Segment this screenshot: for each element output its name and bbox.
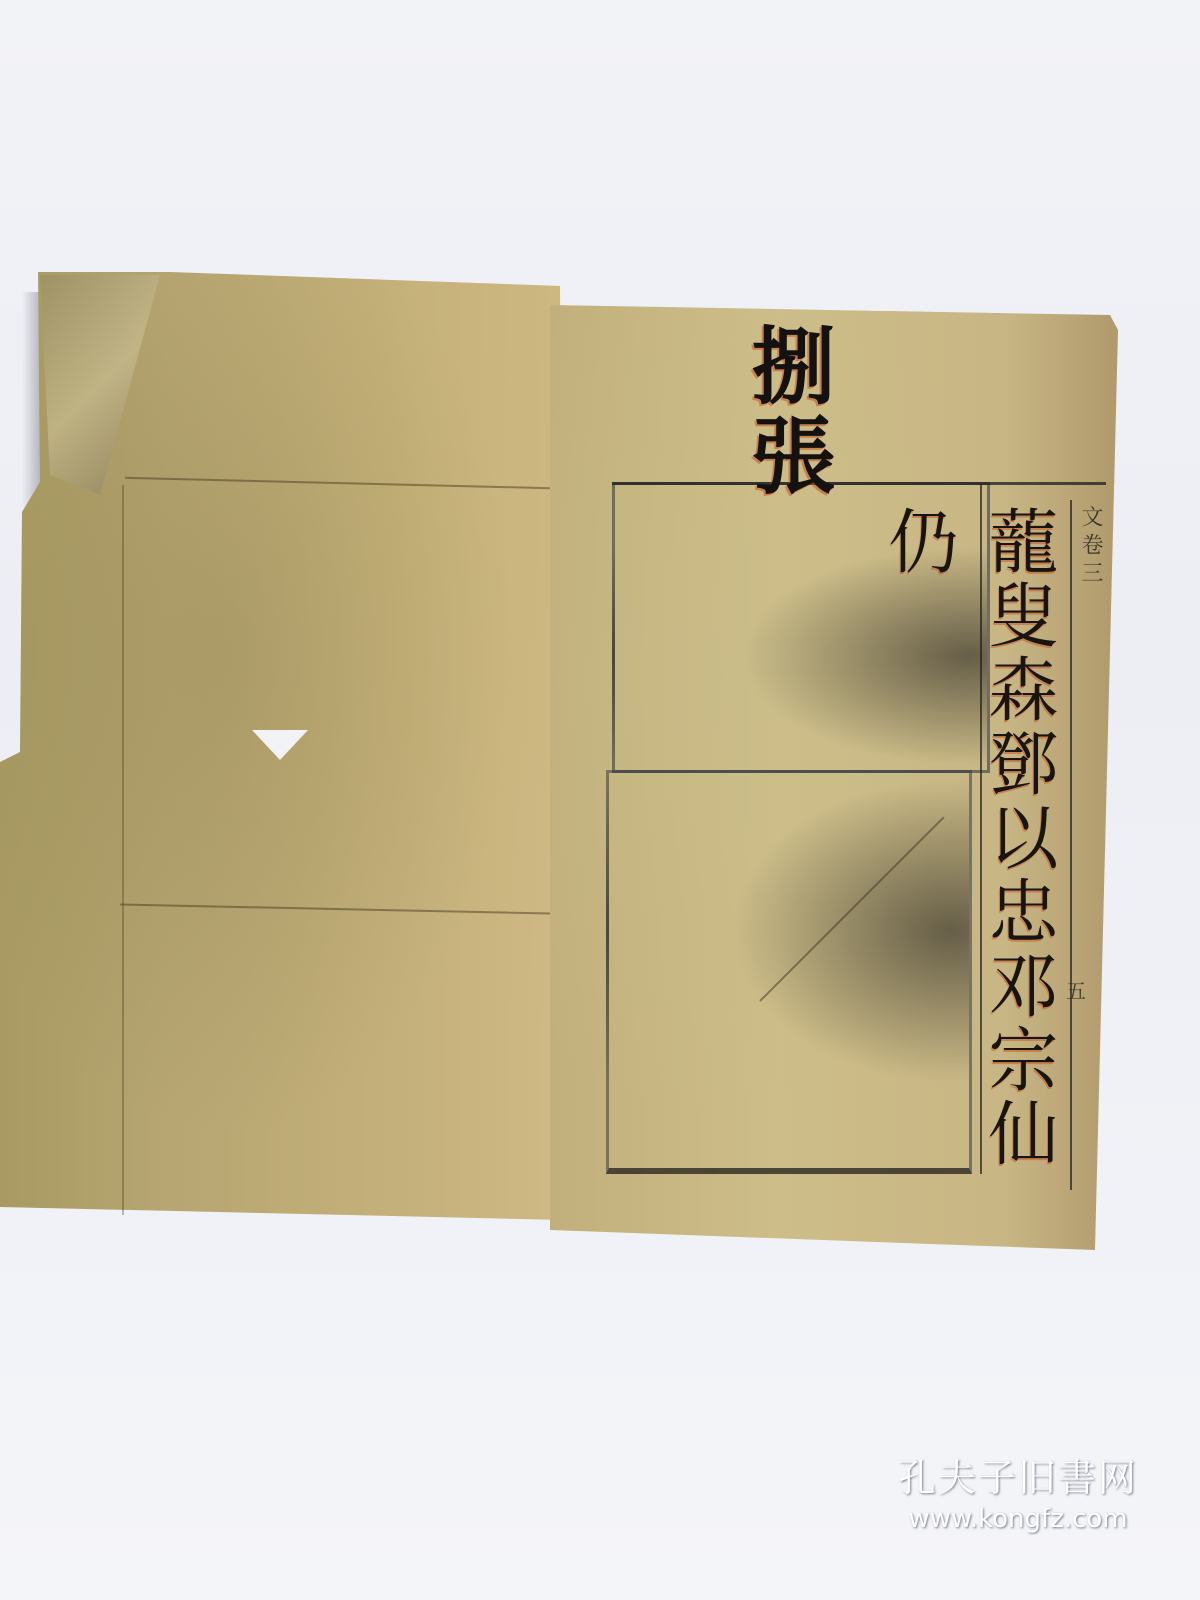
left-fold-vertical	[122, 485, 124, 1215]
watermark-chinese: 孔夫子旧書网	[888, 1455, 1148, 1501]
watermark-url: www.kongfz.com	[888, 1501, 1148, 1537]
border-rule-top	[612, 482, 1106, 485]
paper-hole	[252, 730, 308, 760]
column-rule-outer	[1070, 500, 1072, 1190]
folio-number: 五	[1066, 975, 1086, 1004]
handwritten-name-column: 蘢叟森鄧以忠邓宗仙仍	[958, 505, 1068, 1185]
handwritten-title: 捌張	[722, 322, 842, 502]
watermark: 孔夫子旧書网 www.kongfz.com	[888, 1455, 1148, 1537]
